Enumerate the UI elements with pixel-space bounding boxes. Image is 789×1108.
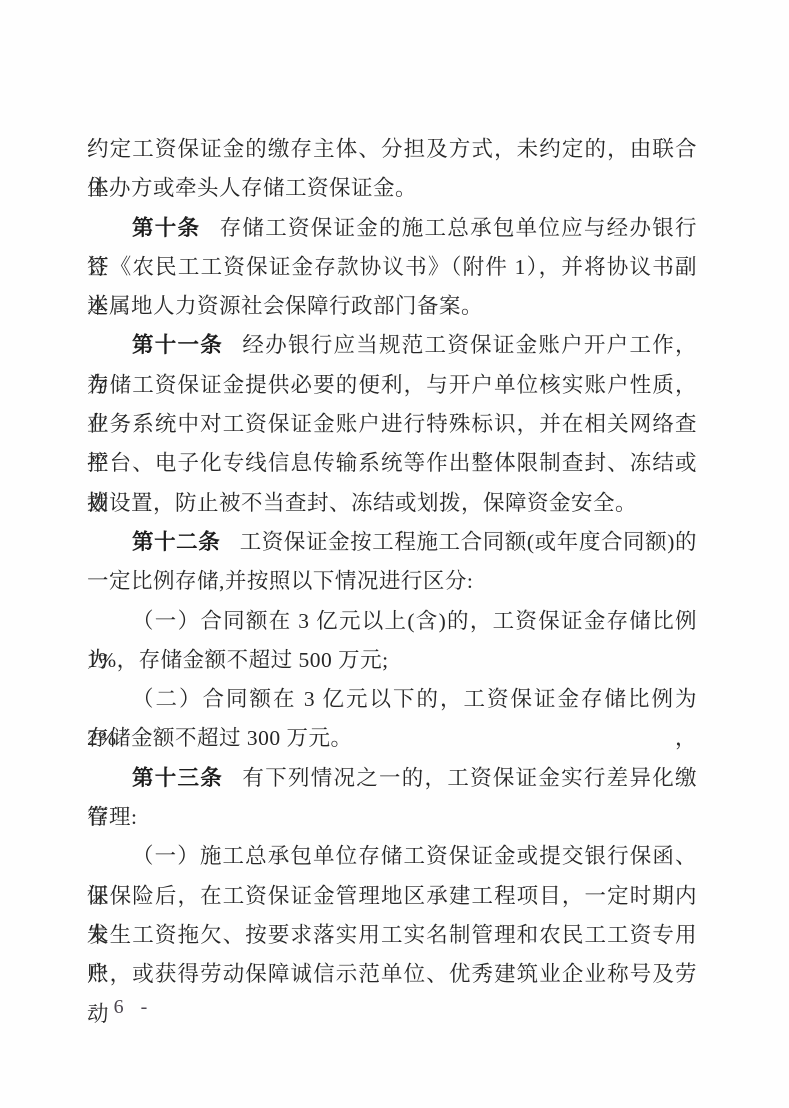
article-number: 第十条	[132, 216, 200, 240]
text-line: 证保险后，在工资保证金管理地区承建工程项目，一定时期内未	[87, 877, 697, 916]
line-text: 管理:	[87, 805, 137, 829]
article-number: 第十三条	[132, 766, 223, 790]
document-page: 约定工资保证金的缴存主体、分担及方式，未约定的，由联合体 主办方或牵头人存储工资…	[0, 0, 789, 1108]
text-line: 业务系统中对工资保证金账户进行特殊标识，并在相关网络查控	[87, 405, 697, 444]
line-text: 一定比例存储,并按照以下情况进行区分:	[87, 569, 473, 593]
text-line: 存储工资保证金提供必要的便利，与开户单位核实账户性质，在	[87, 366, 697, 405]
line-text: 工资保证金按工程施工合同额(或年度合同额)的	[240, 530, 697, 554]
text-line: 主办方或牵头人存储工资保证金。	[87, 169, 697, 208]
line-text: 户，或获得劳动保障诚信示范单位、优秀建筑业企业称号及劳动	[87, 962, 697, 1025]
text-line: 管理:	[87, 798, 697, 837]
line-text: 送属地人力资源社会保障行政部门备案。	[87, 294, 483, 318]
text-line: 第十二条工资保证金按工程施工合同额(或年度合同额)的	[87, 523, 697, 562]
text-line: 约定工资保证金的缴存主体、分担及方式，未约定的，由联合体	[87, 130, 697, 169]
text-line: 1%，存储金额不超过 500 万元;	[87, 641, 697, 680]
article-number: 第十二条	[132, 530, 220, 554]
text-line: 一定比例存储,并按照以下情况进行区分:	[87, 562, 697, 601]
text-line: 发生工资拖欠、按要求落实用工实名制管理和农民工工资专用账	[87, 916, 697, 955]
text-line: 第十三条有下列情况之一的，工资保证金实行差异化缴存	[87, 759, 697, 798]
line-text: 存储金额不超过 300 万元。	[87, 726, 353, 750]
text-line: 送属地人力资源社会保障行政部门备案。	[87, 287, 697, 326]
text-line: 户，或获得劳动保障诚信示范单位、优秀建筑业企业称号及劳动	[87, 955, 697, 994]
text-line: （一）合同额在 3 亿元以上(含)的，工资保证金存储比例为	[87, 602, 697, 641]
text-line: 第十条存储工资保证金的施工总承包单位应与经办银行签	[87, 209, 697, 248]
text-line: （一）施工总承包单位存储工资保证金或提交银行保函、保	[87, 837, 697, 876]
text-line: （二）合同额在 3 亿元以下的，工资保证金存储比例为 2%，	[87, 680, 697, 719]
text-line: 拨设置，防止被不当查封、冻结或划拨，保障资金安全。	[87, 484, 697, 523]
article-number: 第十一条	[132, 333, 223, 357]
line-text: 1%，存储金额不超过 500 万元;	[87, 648, 389, 672]
line-text: 主办方或牵头人存储工资保证金。	[87, 176, 417, 200]
text-line: 订《农民工工资保证金存款协议书》（附件 1），并将协议书副本	[87, 248, 697, 287]
text-line: 第十一条经办银行应当规范工资保证金账户开户工作，为	[87, 326, 697, 365]
page-number: - 6 -	[90, 995, 153, 1019]
text-line: 平台、电子化专线信息传输系统等作出整体限制查封、冻结或划	[87, 444, 697, 483]
document-body: 约定工资保证金的缴存主体、分担及方式，未约定的，由联合体 主办方或牵头人存储工资…	[87, 130, 697, 995]
line-text: 拨设置，防止被不当查封、冻结或划拨，保障资金安全。	[87, 491, 637, 515]
